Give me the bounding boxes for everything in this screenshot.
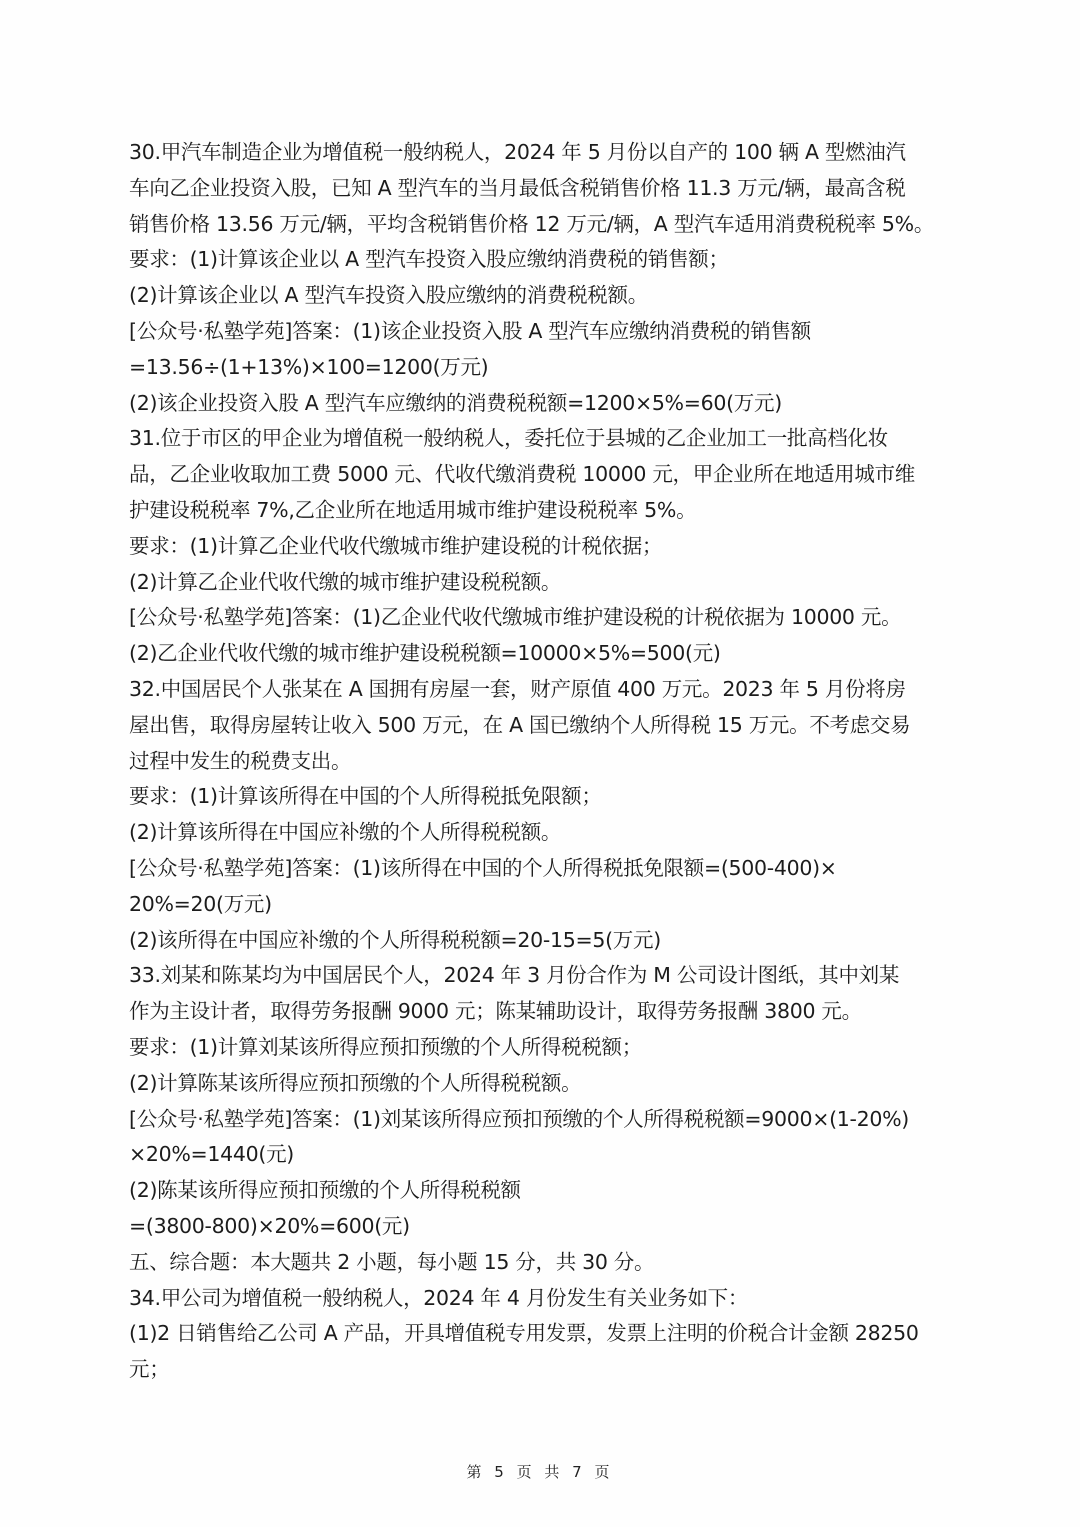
q31-text-line-1: 31.位于市区的甲企业为增值税一般纳税人，委托位于县城的乙企业加工一批高档化妆 — [129, 421, 955, 457]
q33-requirement-2: (2)计算陈某该所得应预扣预缴的个人所得税税额。 — [129, 1066, 955, 1102]
q33-answer-line-3: (2)陈某该所得应预扣预缴的个人所得税税额 — [129, 1173, 955, 1209]
q31-answer-line-1: [公众号·私塾学苑]答案：(1)乙企业代收代缴城市维护建设税的计税依据为 100… — [129, 600, 955, 636]
q32-requirement-1: 要求：(1)计算该所得在中国的个人所得税抵免限额； — [129, 779, 955, 815]
q32-text-line-2: 屋出售，取得房屋转让收入 500 万元，在 A 国已缴纳个人所得税 15 万元。… — [129, 708, 955, 744]
q32-answer-line-2: 20%=20(万元) — [129, 887, 955, 923]
q32-requirement-2: (2)计算该所得在中国应补缴的个人所得税税额。 — [129, 815, 955, 851]
q30-text-line-2: 车向乙企业投资入股，已知 A 型汽车的当月最低含税销售价格 11.3 万元/辆，… — [129, 171, 955, 207]
q32-text-line-1: 32.中国居民个人张某在 A 国拥有房屋一套，财产原值 400 万元。2023 … — [129, 672, 955, 708]
q34-item-1-line-2: 元； — [129, 1352, 955, 1388]
q33-answer-line-1: [公众号·私塾学苑]答案：(1)刘某该所得应预扣预缴的个人所得税税额=9000×… — [129, 1102, 955, 1138]
q34-text-line-1: 34.甲公司为增值税一般纳税人，2024 年 4 月份发生有关业务如下： — [129, 1281, 955, 1317]
q33-text-line-1: 33.刘某和陈某均为中国居民个人，2024 年 3 月份合作为 M 公司设计图纸… — [129, 958, 955, 994]
q32-answer-line-3: (2)该所得在中国应补缴的个人所得税税额=20-15=5(万元) — [129, 923, 955, 959]
q30-requirement-1: 要求：(1)计算该企业以 A 型汽车投资入股应缴纳消费税的销售额； — [129, 242, 955, 278]
q31-requirement-2: (2)计算乙企业代收代缴的城市维护建设税税额。 — [129, 565, 955, 601]
q34-item-1-line-1: (1)2 日销售给乙公司 A 产品，开具增值税专用发票，发票上注明的价税合计金额… — [129, 1316, 955, 1352]
q33-requirement-1: 要求：(1)计算刘某该所得应预扣预缴的个人所得税税额； — [129, 1030, 955, 1066]
q33-text-line-2: 作为主设计者，取得劳务报酬 9000 元；陈某辅助设计，取得劳务报酬 3800 … — [129, 994, 955, 1030]
q30-text-line-1: 30.甲汽车制造企业为增值税一般纳税人，2024 年 5 月份以自产的 100 … — [129, 135, 955, 171]
q30-answer-line-3: (2)该企业投资入股 A 型汽车应缴纳的消费税税额=1200×5%=60(万元) — [129, 386, 955, 422]
q30-answer-line-2: =13.56÷(1+13%)×100=1200(万元) — [129, 350, 955, 386]
q33-answer-line-2: ×20%=1440(元) — [129, 1137, 955, 1173]
q31-text-line-3: 护建设税税率 7%,乙企业所在地适用城市维护建设税税率 5%。 — [129, 493, 955, 529]
q32-text-line-3: 过程中发生的税费支出。 — [129, 744, 955, 780]
q30-answer-line-1: [公众号·私塾学苑]答案：(1)该企业投资入股 A 型汽车应缴纳消费税的销售额 — [129, 314, 955, 350]
q31-answer-line-2: (2)乙企业代收代缴的城市维护建设税税额=10000×5%=500(元) — [129, 636, 955, 672]
page-number-footer: 第 5 页 共 7 页 — [0, 1461, 1080, 1482]
q30-requirement-2: (2)计算该企业以 A 型汽车投资入股应缴纳的消费税税额。 — [129, 278, 955, 314]
document-page: 30.甲汽车制造企业为增值税一般纳税人，2024 年 5 月份以自产的 100 … — [0, 0, 1080, 1527]
q31-text-line-2: 品，乙企业收取加工费 5000 元、代收代缴消费税 10000 元，甲企业所在地… — [129, 457, 955, 493]
section-heading: 五、综合题：本大题共 2 小题，每小题 15 分，共 30 分。 — [129, 1245, 955, 1281]
q32-answer-line-1: [公众号·私塾学苑]答案：(1)该所得在中国的个人所得税抵免限额=(500-40… — [129, 851, 955, 887]
page-content: 30.甲汽车制造企业为增值税一般纳税人，2024 年 5 月份以自产的 100 … — [129, 135, 955, 1388]
q31-requirement-1: 要求：(1)计算乙企业代收代缴城市维护建设税的计税依据； — [129, 529, 955, 565]
q33-answer-line-4: =(3800-800)×20%=600(元) — [129, 1209, 955, 1245]
q30-text-line-3: 销售价格 13.56 万元/辆，平均含税销售价格 12 万元/辆，A 型汽车适用… — [129, 207, 955, 243]
